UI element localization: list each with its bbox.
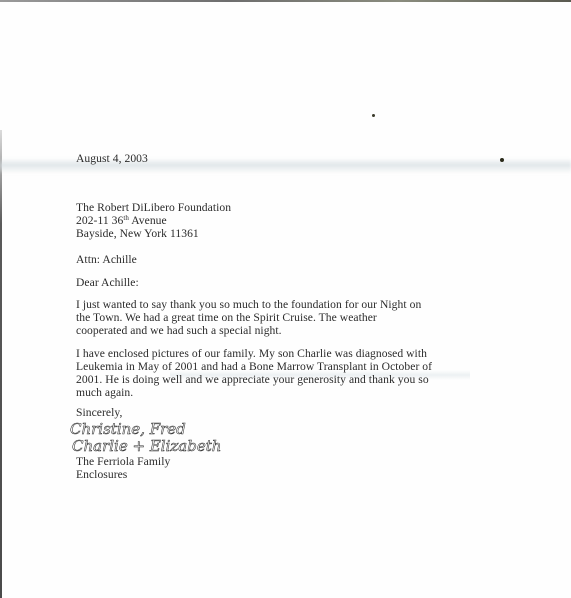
attention-line: Attn: Achille: [76, 253, 137, 266]
paragraph-line: Leukemia in May of 2001 and had a Bone M…: [76, 360, 516, 373]
paragraph-line: the Town. We had a great time on the Spi…: [76, 311, 516, 324]
signature-line-2: Charlie + Elizabeth: [72, 437, 221, 455]
paragraph-2: I have enclosed pictures of our family. …: [76, 347, 516, 399]
scan-speck: [372, 114, 375, 117]
address-number: 202-11 36: [76, 214, 123, 227]
paragraph-line: cooperated and we had such a special nig…: [76, 324, 516, 337]
paragraph-line: much again.: [76, 386, 516, 399]
handwritten-signature: Christine, Fred Charlie + Elizabeth: [68, 418, 228, 456]
scanned-page: August 4, 2003 The Robert DiLibero Found…: [0, 0, 571, 598]
recipient-name: The Robert DiLibero Foundation: [76, 201, 231, 214]
salutation: Dear Achille:: [76, 276, 139, 289]
paragraph-1: I just wanted to say thank you so much t…: [76, 298, 516, 337]
signature-line-1: Christine, Fred: [70, 420, 186, 438]
address-street: Avenue: [129, 214, 167, 227]
paragraph-line: I have enclosed pictures of our family. …: [76, 347, 516, 360]
paragraph-line: 2001. He is doing well and we appreciate…: [76, 373, 516, 386]
enclosures-note: Enclosures: [76, 468, 127, 481]
scan-top-edge: [0, 0, 571, 2]
recipient-address: 202-11 36th Avenue: [76, 214, 167, 227]
signer-name: The Ferriola Family: [76, 455, 170, 468]
scan-speck: [500, 158, 504, 162]
letter-date: August 4, 2003: [76, 152, 148, 165]
recipient-city: Bayside, New York 11361: [76, 227, 199, 240]
paragraph-line: I just wanted to say thank you so much t…: [76, 298, 516, 311]
scan-left-edge: [0, 130, 2, 598]
